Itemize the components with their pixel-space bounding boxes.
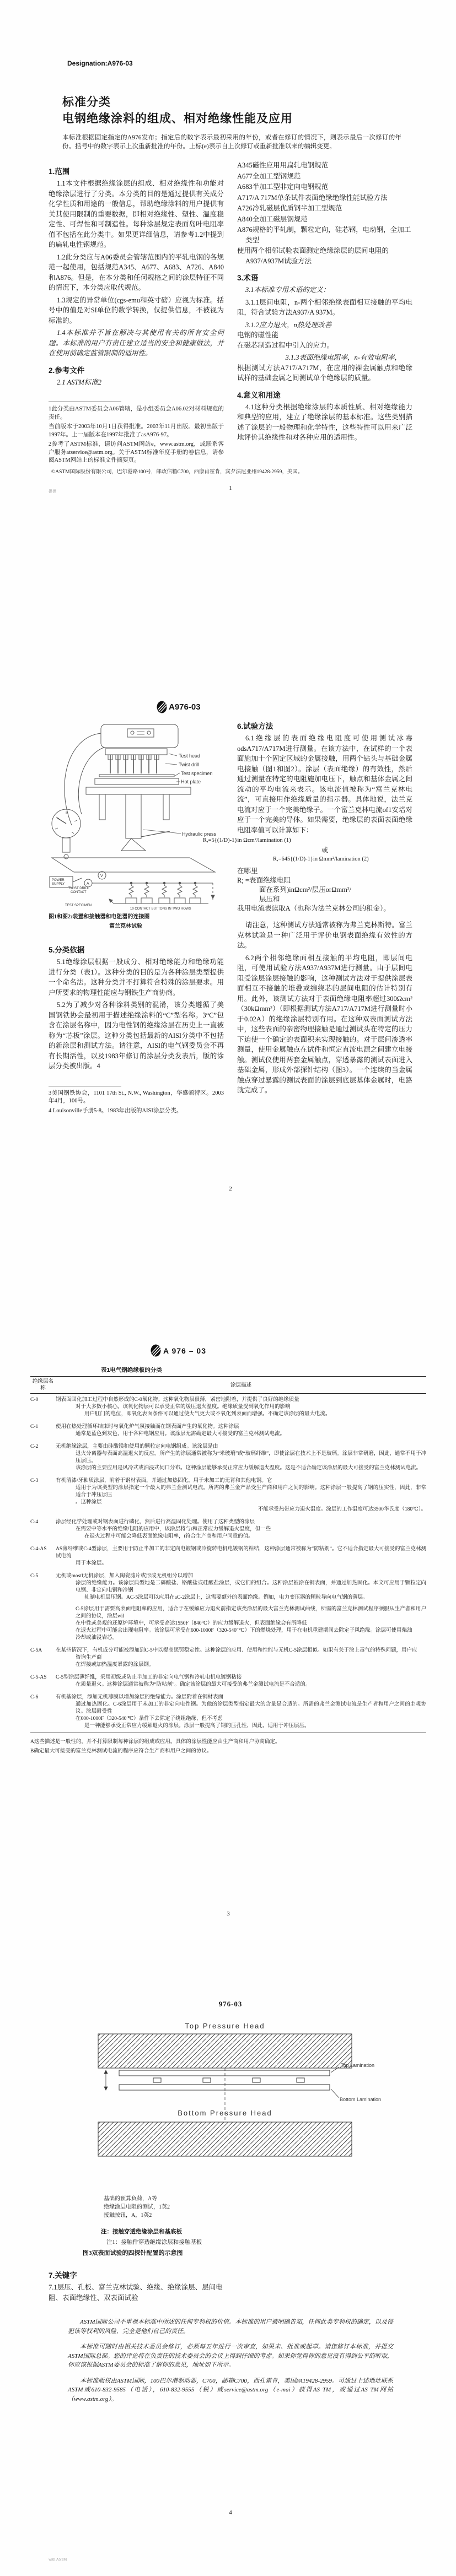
page1-right-column: A345磁性应用用扁轧电钢规范 A677全加工型钢规范 A683半加工型非定向电… (237, 160, 412, 467)
power-supply-label: POWER (52, 879, 65, 882)
bottom-lamination-label: Bottom Lamination (340, 2097, 381, 2102)
running-header: A 976 – 03 (151, 1344, 426, 1357)
paragraph-3-1-3: 3.1.3表面绝缘电阻率，n-有效电阻率， (237, 353, 412, 363)
table-row: C-5-AS C-5型涂层薄纤维，采用初级或防止半加工的非定向电气钢和冷轧电机电… (30, 1671, 426, 1691)
table1-title: 表1电气钢绝缘板的分类 (101, 1366, 426, 1374)
running-header-text: 976-03 (49, 2000, 412, 2009)
formula-1: R,=5{(1/D)-1}in Ωcm²/lamination (1) (203, 837, 412, 843)
astm-logo-icon (151, 1344, 161, 1357)
standard-intro: 本标准根据固定指定的A976发布；指定后的数字表示最初采用的年份，或者在修订的情… (62, 133, 401, 151)
paragraph-1-4: 1.4本标准并不旨在解决与其使用有关的所有安全问题。本标准的用户有责任建立适当的… (49, 328, 224, 359)
paragraph-1-1: 1.1本文件根据绝缘涂层的组成、相对绝缘性和功能对绝缘涂层进行了分类。本分类的目… (49, 178, 224, 250)
page-4: 976-03 Top Pressure Head (49, 2000, 412, 2567)
footnote-2: 2参考了ASTM标准，请访问ASTM网站e，www.astm.org，或联系客户… (49, 441, 224, 465)
reference-item: A726冷轧磁层优质钢半加工型规范 (237, 203, 412, 214)
section-significance-heading: 4.意义和用途 (237, 389, 412, 400)
page-3: A 976 – 03 表1电气钢绝缘板的分类 绝缘层名称 涂层描述 C-0 钢表… (30, 1344, 426, 1923)
paragraph-6-2: 6.2两个相邻绝缘面相互接触的平均电阻，即层间电阻，可使用试验方法A937/A9… (237, 953, 412, 1096)
table-row: C-0 钢表面固化加工过程中自然形成的C-0氧化物。这种氧化物层很薄，紧密地附着… (30, 1394, 426, 1421)
paragraph-3-1-1: 3.1.1层间电阻，n-两个相邻绝缘表面相互接触的平均电阻，符合试验方法A937… (237, 297, 412, 318)
paragraph-3-1-3b: 根据测试方法A717/A717M，在应用的裸金属触点和绝缘试样的基础金属之间测试… (237, 363, 412, 383)
running-header: A976-03 (157, 701, 412, 713)
paragraph-1-2: 1.2此分类应与A06委员会管辖范围内的平轧电钢的各规范一起使用，包括规范A34… (49, 252, 224, 293)
page-number-1: 1 (49, 485, 412, 491)
table-row: C-1 使用在热处理循环结束时与氧化炉气氛接触而在钢表面产生的氧化物。这种涂层 … (30, 1421, 426, 1441)
reference-item: A677全加工型钢规范 (237, 171, 412, 182)
figure1-caption: 图1和图2:装置和接触器和电阻器的连接图 (49, 912, 224, 920)
paragraph-3-1-2c: 在磁芯制造过程中引入的应力。 (237, 340, 412, 351)
page2-right-column: 6.试验方法 6.1绝缘层的表面绝缘电阻度可使用测试冰毒odsA717/A717… (237, 720, 412, 1117)
document-canvas: Designation:A976-03 标准分类 电钢绝缘涂料的组成、相对绝缘性… (0, 0, 456, 2576)
franklin-tester-figure: POWER SUPPLY A V Test head Twist drill T… (49, 723, 224, 911)
table-row: C-4 涂层经化学处理或对钢表面进行磷化，然后进行高温固化处理。使用了这种类型的… (30, 1516, 426, 1543)
reference-item: A683半加工型非定向电钢规范 (237, 182, 412, 192)
footnote-1b: 当前版本于2003年10月1日获得批准。2003年11月出版。最初出版于1997… (49, 423, 224, 439)
keywords-line-1: 7.1层压、孔板、富兰克林试验、绝缘、绝缘涂层、层间电 (49, 2282, 412, 2293)
figure3-note-bold: 注：接触穿透绝缘涂层和基底板 (101, 2227, 412, 2236)
test-specimen-bottom-label: TEST SPECIMEN (65, 904, 92, 907)
paragraph-2-1: 2.1 ASTM标准2 (49, 377, 224, 388)
boilerplate-copyright: 本标准版权由ASTM国际，100巴尔港驱动器，C700，邮箱C700，西孔霍肯，… (68, 2377, 393, 2404)
section-test-methods-heading: 6.试验方法 (237, 720, 412, 731)
twist-drill-contact-label: TWIST DRILL (68, 887, 89, 890)
page1-columns: 1.范围 1.1本文件根据绝缘涂层的组成、相对绝缘性和功能对绝缘涂层进行了分类。… (49, 160, 412, 467)
page-subtitle: 电钢绝缘涂料的组成、相对绝缘性能及应用 (62, 110, 412, 127)
where-line-1: R; =表面绝缘电阻 (237, 876, 412, 885)
paragraph-6-1: 6.1绝缘层的表面绝缘电阻度可使用测试冰毒odsA717/A717M进行测量。在… (237, 733, 412, 835)
page-number-4: 4 (49, 2509, 412, 2516)
formula-or: 或 (237, 845, 412, 854)
table-row: C-2 无机绝缘涂层，主要由硅酸镁和使用的颗粒定向电钢组成。该涂层是由 退火分离… (30, 1441, 426, 1475)
footnote-divider (49, 402, 121, 402)
section-keywords-heading: 7.关键字 (49, 2269, 412, 2280)
page-number-2: 2 (49, 1186, 412, 1192)
paragraph-4-1: 4.1这种分类根据绝缘涂层的本质性质、相对绝缘能力和典型的应用，建立了绝缘涂层的… (237, 402, 412, 443)
column-header-coating-description: 涂层描述 (56, 1378, 426, 1392)
twist-drill-contact-label2: CONTACT (71, 891, 87, 894)
table-row: C-3 有机清漆/牙釉质涂层，附着于钢材表面，并通过加热固化。用于未加工的无背和… (30, 1475, 426, 1516)
figure3-caption: 图3双表面试验的四探针配置的示意图 (83, 2248, 412, 2257)
watermark: with ASTM (49, 2557, 67, 2562)
voltmeter-label: V (100, 874, 103, 878)
reference-item: A840全加工磁层钢规范 (237, 214, 412, 225)
where-line-4: 我用电流表读取A（也称为法兰克林公司的租金）。 (237, 904, 412, 913)
table-row: C-4-AS AS薄纤维或C-4型涂层，主要用于防止半加工的非定向电镀钢或冷旋转… (30, 1543, 426, 1570)
page-title: 标准分类 (62, 94, 412, 110)
astm-logo-icon (157, 701, 167, 713)
where-label: 在哪里 (237, 867, 412, 876)
reference-item: A876规格的平轧制，颗粒定向，硅芯钢，电动钢，全加工类型 (237, 225, 412, 245)
legend-line: 接触按钮，A，1英2 (104, 2211, 412, 2220)
reference-item: A345磁性应用用扁轧电钢规范 (237, 160, 412, 171)
watermark: 提供 (49, 489, 56, 494)
figure1-caption2: 富兰克林试验 (109, 921, 224, 929)
section-scope-heading: 1.范围 (49, 165, 224, 176)
figure3-legend: 基础的预算负荷，A等 绝缘涂层电阻的测试，1英2 接触按钮，A，1英2 (104, 2195, 412, 2220)
where-line-3: 层压和 (237, 895, 412, 904)
footnote-1: 1此分类由ASTM委员会A06管辖，是小组委员会A06.02对材料规范的责任。 (49, 405, 224, 421)
power-supply-label2: SUPPLY (52, 883, 65, 886)
top-lamination-label: Top Lamination (341, 2063, 374, 2068)
running-header-text: A 976 – 03 (163, 1346, 206, 1355)
ammeter-label: A (87, 882, 89, 886)
top-pressure-head-label: Top Pressure Head (185, 2022, 265, 2030)
classification-table: 绝缘层名称 涂层描述 C-0 钢表面固化加工过程中自然形成的C-0氧化物。这种氧… (30, 1376, 426, 1733)
section-terminology-heading: 3.术语 (237, 272, 412, 283)
paragraph-5-1: 5.1绝缘涂层根据一般成分、相对绝缘能力和绝缘功能进行分类（表1）。这种分类的目… (49, 957, 224, 998)
table-row: C-5A 在某些情况下，有机成分可能被添加到C-5中以提高惩罚稳定性。这种涂层的… (30, 1644, 426, 1671)
paragraph-1-3: 1.3规定的异常单位(cgs-emu和英寸磅）应视为标准。括号中的值是对SI单位… (49, 295, 224, 326)
double-surface-test-figure: Top Pressure Head Top Lamination Bottom … (65, 2021, 396, 2186)
twist-drill-label: Twist drill (179, 762, 199, 767)
formula-2: R,=645{(1/D)-1}in Ωmm²/lamination (2) (273, 856, 412, 862)
footnote-4: 4 Louisonville手册5-8。1983年出版的AISI涂层分类。 (49, 1107, 224, 1116)
test-method-note: 请注意，这种测试方法通常被称为弗兰克林斯特。富兰克林试验是一种广泛用于评价电钢表… (237, 920, 412, 951)
page2-left-column: POWER SUPPLY A V Test head Twist drill T… (49, 720, 224, 1117)
paragraph-3-1-2: 3.1.2应力退火，n热处理改善 (237, 320, 412, 331)
copyright-line: ©ASTM国际股份有限公司，巴尔港路100号，邮政信箱C700，西康肖霍肯，宾夕… (51, 467, 303, 475)
table-footnote-b: B确定最大可接受的富兰克林测试电流的程序应符合生产商和用户之间的协议。 (30, 1748, 426, 1756)
section-classification-heading: 5.分类依据 (49, 944, 224, 955)
table-header-row: 绝缘层名称 涂层描述 (30, 1377, 426, 1394)
section-references-heading: 2.参考文件 (49, 364, 224, 375)
paragraph-5-2: 5.2为了减少对各种涂料类别的混淆，该分类遵循了美国钢铁协会最初用于描述绝缘涂料… (49, 1000, 224, 1071)
footnote-3: 3美国钢铁协会，1101 17th St., N.W., Washington，… (49, 1090, 224, 1106)
table-footnote-a: A这些描述是一般性的，并不打算限制每种涂层的组成或应用。具体的涂层性能应由生产商… (30, 1739, 426, 1746)
hot-plate-label: Hot plate (181, 779, 201, 784)
table-row: C-6 有机基涂层，添加无机薄膜以增加涂层的绝缘能力。涂层附着在钢材表面 通过加… (30, 1691, 426, 1733)
page1-left-column: 1.范围 1.1本文件根据绝缘涂层的组成、相对绝缘性和功能对绝缘涂层进行了分类。… (49, 160, 224, 467)
legend-line: 绝缘涂层电阻的测试，1英2 (104, 2203, 412, 2211)
paragraph-3-1-2b: 电钢的磁性能 (237, 330, 412, 340)
contact-buttons-label: 10 CONTACT BUTTONS IN TWO ROWS (130, 907, 191, 911)
figure3-note-1: 注1：接触件穿透绝缘涂层和接触基板 (106, 2238, 412, 2246)
footnote-divider (49, 1086, 121, 1086)
reference-item: A717/A 717M单条试件表面绝缘绝缘性能试验方法 (237, 193, 412, 203)
page-1: Designation:A976-03 标准分类 电钢绝缘涂料的组成、相对绝缘性… (49, 59, 412, 495)
page-2: A976-03 (49, 701, 412, 1197)
hydraulic-press-label: Hydraulic press (182, 831, 217, 837)
where-line-2: 面在系列)inΩcm²/层压orΩmm²/ (237, 885, 412, 895)
column-header-coating-name: 绝缘层名称 (30, 1378, 56, 1392)
test-head-label: Test head (179, 753, 200, 759)
boilerplate-revision: 本标准可随时由相关技术委员会修订，必须每五年进行一次审查，如果未、批准或起草。请… (68, 2342, 393, 2370)
designation: Designation:A976-03 (67, 59, 412, 67)
reference-item: 使用两个相邻试验表面测定绝缘涂层的层间电阻的A937/A937M试验方法 (237, 246, 412, 266)
keywords-line-2: 阻、表面绝缘性、双表面试验 (49, 2293, 412, 2303)
test-specimen-label: Test specimen (181, 771, 213, 776)
legend-line: 基础的预算负荷，A等 (104, 2195, 412, 2203)
table-row: C-5 无机或mostl无机涂层，加入陶瓷滤片或形成无机组分以增加 涂层的绝缘能… (30, 1570, 426, 1644)
paragraph-3-1: 3.1本标准专用术语的定义： (237, 285, 412, 295)
boilerplate-patent: ASTM国际公司不重视本标准中所述的任何专利权的价值。本标准的用户被明确告知，任… (68, 2318, 393, 2336)
page-number-3: 3 (30, 1911, 426, 1917)
running-header-text: A976-03 (169, 702, 201, 712)
table-footnotes: A这些描述是一般性的，并不打算限制每种涂层的组成或应用。具体的涂层性能应由生产商… (30, 1739, 426, 1755)
